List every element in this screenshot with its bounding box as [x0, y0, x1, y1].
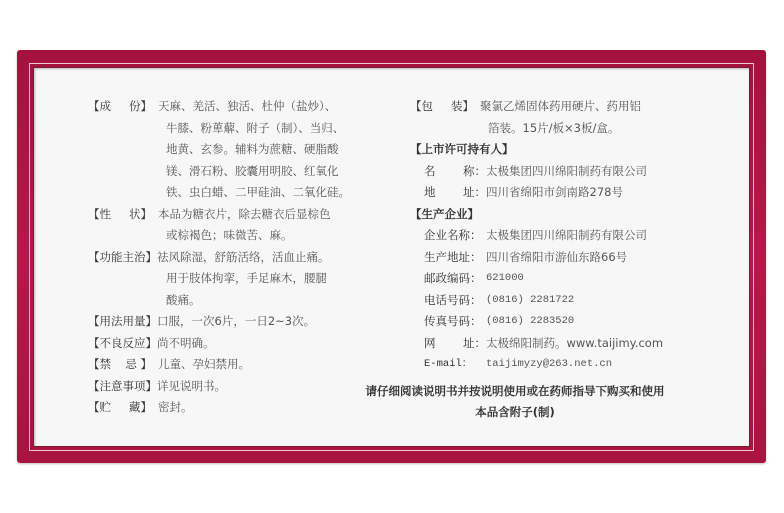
dosage-label: 【用法用量】 [88, 311, 157, 333]
notice-line-2: 本品含附子(制) [320, 402, 710, 423]
packaging-label: 【包装】 [410, 96, 474, 118]
manufacturer-value: (0816) 2281722 [486, 290, 574, 312]
dosage-value: 口服，一次6片，一日2~3次。 [157, 311, 315, 333]
left-column: 【成份】 天麻、羌活、独活、杜仲（盐炒）、 牛膝、粉萆薢、附子（制）、当归、 地… [88, 96, 398, 419]
contraindications-label: 【禁忌 】 [88, 354, 152, 376]
email-row: E-mail： taijimyzy@263.net.cn [410, 354, 710, 376]
mah-name-key: 名称： [424, 161, 486, 183]
composition-section: 【成份】 天麻、羌活、独活、杜仲（盐炒）、 [88, 96, 398, 118]
manufacturer-value: (0816) 2283520 [486, 311, 574, 333]
adverse-value: 尚不明确。 [157, 333, 215, 355]
packaging-line: 聚氯乙烯固体药用硬片、药用铝 [480, 96, 641, 118]
mah-title: 【上市许可持有人】 [410, 139, 710, 161]
email-value: taijimyzy@263.net.cn [486, 354, 612, 376]
manufacturer-value: 太极集团四川绵阳制药有限公司 [486, 225, 647, 247]
right-column: 【包装】 聚氯乙烯固体药用硬片、药用铝 箔装。15片/板×3板/盒。 【上市许可… [410, 96, 710, 376]
website-row: 网址： 太极绵阳制药。www.taijimy.com [410, 333, 710, 355]
mah-address-row: 地址： 四川省绵阳市剑南路278号 [410, 182, 710, 204]
indications-section: 【功能主治】 祛风除湿，舒筋活络，活血止痛。 [88, 247, 398, 269]
manufacturer-row: 邮政编码： 621000 [410, 268, 710, 290]
precautions-value: 详见说明书。 [157, 376, 226, 398]
description-label: 【性状】 [88, 204, 152, 226]
notice-line-1: 请仔细阅读说明书并按说明使用或在药师指导下购买和使用 [320, 381, 710, 402]
indications-label: 【功能主治】 [88, 247, 157, 269]
mah-address-value: 四川省绵阳市剑南路278号 [486, 182, 623, 204]
manufacturer-row: 传真号码： (0816) 2283520 [410, 311, 710, 333]
storage-label: 【贮藏】 [88, 397, 152, 419]
website-key: 网址： [424, 333, 486, 355]
composition-line: 天麻、羌活、独活、杜仲（盐炒）、 [158, 96, 336, 118]
mah-name-value: 太极集团四川绵阳制药有限公司 [486, 161, 647, 183]
manufacturer-key: 生产地址： [424, 247, 486, 269]
email-key: E-mail： [424, 354, 486, 376]
manufacturer-value: 四川省绵阳市游仙东路66号 [486, 247, 627, 269]
manufacturer-value: 621000 [486, 268, 524, 290]
indications-line: 祛风除湿，舒筋活络，活血止痛。 [157, 247, 330, 269]
mah-address-key: 地址： [424, 182, 486, 204]
adverse-label: 【不良反应】 [88, 333, 157, 355]
contraindications-section: 【禁忌 】 儿童、孕妇禁用。 [88, 354, 398, 376]
description-line: 本品为糖衣片，除去糖衣后显棕色 [158, 204, 331, 226]
adverse-section: 【不良反应】 尚不明确。 [88, 333, 398, 355]
composition-line: 铁、虫白蜡、二甲硅油、二氧化硅。 [88, 182, 398, 204]
manufacturer-row: 企业名称： 太极集团四川绵阳制药有限公司 [410, 225, 710, 247]
description-line: 或棕褐色；味微苦、麻。 [88, 225, 398, 247]
packaging-section: 【包装】 聚氯乙烯固体药用硬片、药用铝 [410, 96, 710, 118]
composition-line: 地黄、玄参。辅料为蔗糖、硬脂酸 [88, 139, 398, 161]
composition-line: 牛膝、粉萆薢、附子（制）、当归、 [88, 118, 398, 140]
packaging-line: 箔装。15片/板×3板/盒。 [410, 118, 710, 140]
mah-name-row: 名称： 太极集团四川绵阳制药有限公司 [410, 161, 710, 183]
description-section: 【性状】 本品为糖衣片，除去糖衣后显棕色 [88, 204, 398, 226]
manufacturer-row: 生产地址： 四川省绵阳市游仙东路66号 [410, 247, 710, 269]
manufacturer-key: 电话号码： [424, 290, 486, 312]
dosage-section: 【用法用量】 口服，一次6片，一日2~3次。 [88, 311, 398, 333]
composition-label: 【成份】 [88, 96, 152, 118]
manufacturer-key: 邮政编码： [424, 268, 486, 290]
website-value: 太极绵阳制药。www.taijimy.com [486, 333, 663, 355]
indications-line: 用于肢体拘挛，手足麻木，腰腿 [88, 268, 398, 290]
indications-line: 酸痛。 [88, 290, 398, 312]
composition-line: 镁、滑石粉、胶囊用明胶、红氧化 [88, 161, 398, 183]
contraindications-value: 儿童、孕妇禁用。 [158, 354, 250, 376]
manufacturer-title: 【生产企业】 [410, 204, 710, 226]
manufacturer-key: 企业名称： [424, 225, 486, 247]
storage-value: 密封。 [158, 397, 193, 419]
manufacturer-key: 传真号码： [424, 311, 486, 333]
usage-notice: 请仔细阅读说明书并按说明使用或在药师指导下购买和使用 本品含附子(制) [320, 381, 710, 423]
manufacturer-row: 电话号码： (0816) 2281722 [410, 290, 710, 312]
precautions-label: 【注意事项】 [88, 376, 157, 398]
